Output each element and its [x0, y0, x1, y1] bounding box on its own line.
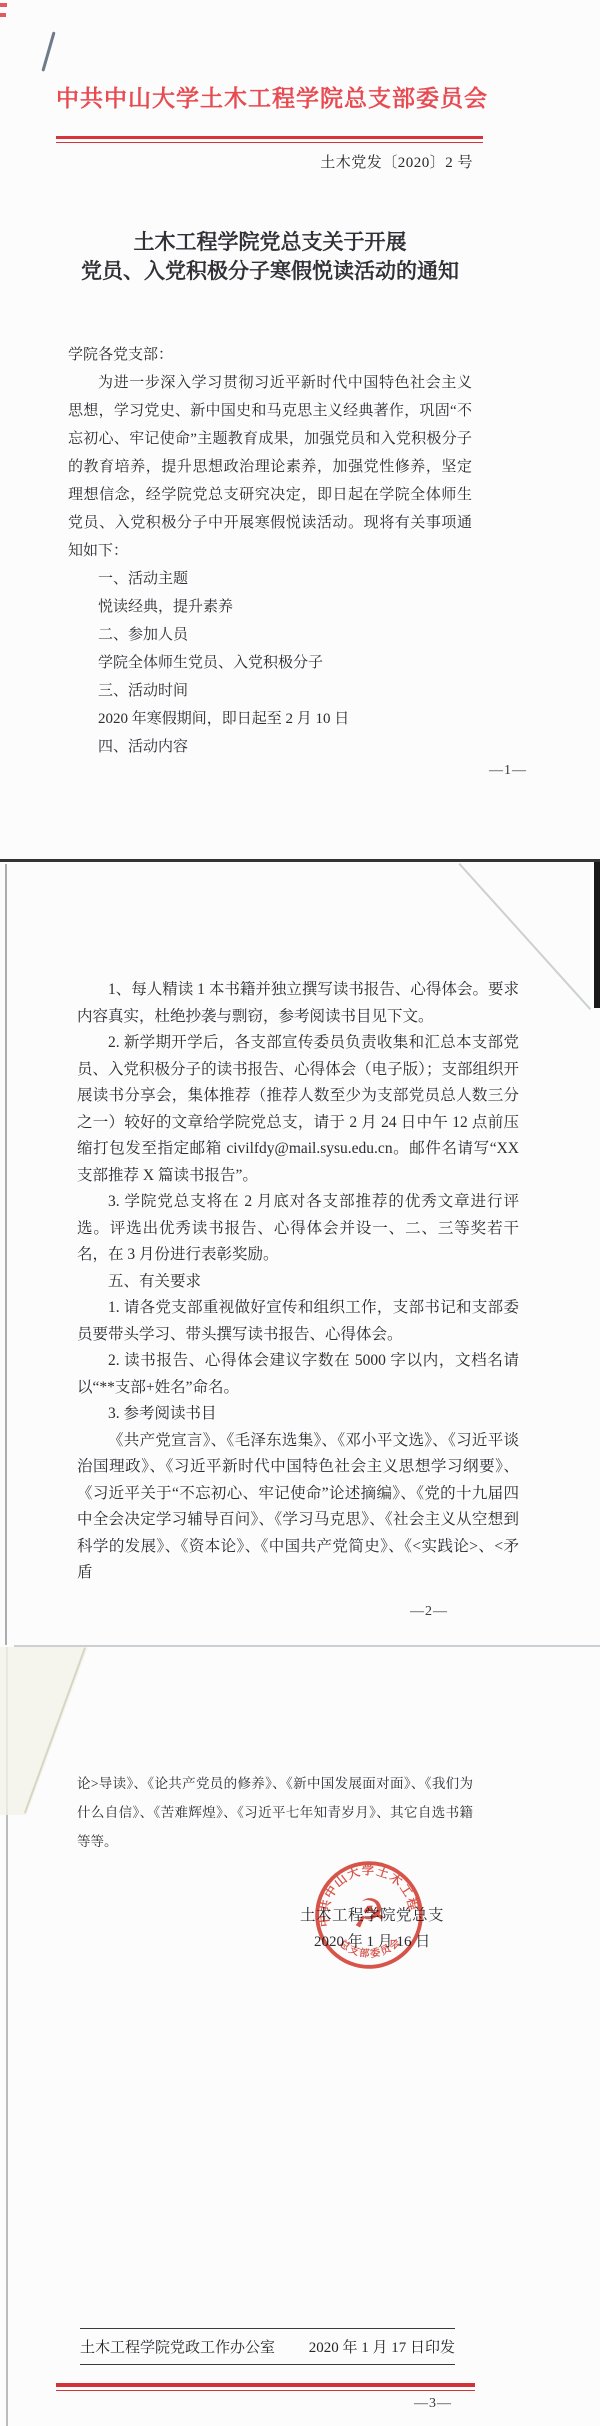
- paragraph: 三、活动时间: [68, 677, 472, 705]
- page2-top-edge-shadow: [0, 859, 600, 862]
- issuing-office: 土木工程学院党政工作办公室: [80, 2336, 275, 2357]
- page2-body: 1、每人精读 1 本书籍并独立撰写读书报告、心得体会。要求内容真实，杜绝抄袭与剽…: [77, 977, 519, 1587]
- paragraph: 四、活动内容: [68, 733, 472, 761]
- paragraph: 1. 请各党支部重视做好宣传和组织工作，支部书记和支部委员要带头学习、带头撰写读…: [77, 1295, 519, 1348]
- page2-right-edge-shadow: [594, 862, 600, 1008]
- letterhead-double-rule: [56, 136, 483, 143]
- page2-left-edge-line: [5, 864, 7, 1645]
- salutation: 学院各党支部：: [68, 341, 472, 369]
- paragraph: 二、参加人员: [68, 621, 472, 649]
- paragraph: 一、活动主题: [68, 565, 472, 593]
- paragraph: 悦读经典，提升素养: [68, 593, 472, 621]
- paragraph: 为进一步深入学习贯彻习近平新时代中国特色社会主义思想，学习党史、新中国史和马克思…: [68, 369, 472, 565]
- paragraph: 五、有关要求: [77, 1269, 519, 1296]
- paragraph: 3. 参考阅读书目: [77, 1401, 519, 1428]
- print-date: 2020 年 1 月 17 日印发: [309, 2336, 455, 2357]
- document-title-line1: 土木工程学院党总支关于开展: [56, 228, 484, 257]
- colophon-footer: 土木工程学院党政工作办公室 2020 年 1 月 17 日印发: [80, 2328, 455, 2365]
- footer-double-rule: [56, 2383, 475, 2391]
- pen-slash-mark: [41, 31, 55, 71]
- page-number-2: —2—: [410, 1604, 448, 1620]
- paragraph: 论>导读》、《论共产党员的修养》、《新中国发展面对面》、《我们为什么自信》、《苦…: [77, 1769, 473, 1856]
- page-number-3: —3—: [414, 2396, 452, 2412]
- document-number: 土木党发〔2020〕2 号: [320, 151, 473, 172]
- paragraph: 2020 年寒假期间，即日起至 2 月 10 日: [68, 705, 472, 733]
- scan-artifact: [0, 13, 6, 17]
- page1-body: 学院各党支部： 为进一步深入学习贯彻习近平新时代中国特色社会主义思想，学习党史、…: [68, 341, 472, 761]
- document-title: 土木工程学院党总支关于开展 党员、入党积极分子寒假悦读活动的通知: [56, 228, 484, 286]
- paragraph: 3. 学院党总支将在 2 月底对各支部推荐的优秀文章进行评选。评选出优秀读书报告…: [77, 1189, 519, 1269]
- scan-artifact: [0, 3, 7, 7]
- paragraph: 学院全体师生党员、入党积极分子: [68, 649, 472, 677]
- paragraph: 2. 读书报告、心得体会建议字数在 5000 字以内，文档名请以“**支部+姓名…: [77, 1348, 519, 1401]
- paragraph: 1、每人精读 1 本书籍并独立撰写读书报告、心得体会。要求内容真实，杜绝抄袭与剽…: [77, 977, 519, 1030]
- hammer-sickle-icon: ☭: [349, 1890, 388, 1938]
- document-title-line2: 党员、入党积极分子寒假悦读活动的通知: [56, 257, 484, 286]
- page3-body: 论>导读》、《论共产党员的修养》、《新中国发展面对面》、《我们为什么自信》、《苦…: [77, 1769, 473, 1856]
- page3-top-edge-line: [14, 1645, 600, 1647]
- scanned-document: 中共中山大学土木工程学院总支部委员会 土木党发〔2020〕2 号 土木工程学院党…: [0, 0, 600, 2426]
- page-number-1: —1—: [489, 763, 527, 779]
- official-red-seal: 中共中山大学土木工程学院 总支部委员会 ☭: [300, 1846, 438, 1984]
- paragraph: 《共产党宣言》、《毛泽东选集》、《邓小平文选》、《习近平谈治国理政》、《习近平新…: [77, 1428, 519, 1587]
- paragraph: 2. 新学期开学后，各支部宣传委员负责收集和汇总本支部党员、入党积极分子的读书报…: [77, 1030, 519, 1189]
- letterhead-org-title: 中共中山大学土木工程学院总支部委员会: [56, 80, 484, 113]
